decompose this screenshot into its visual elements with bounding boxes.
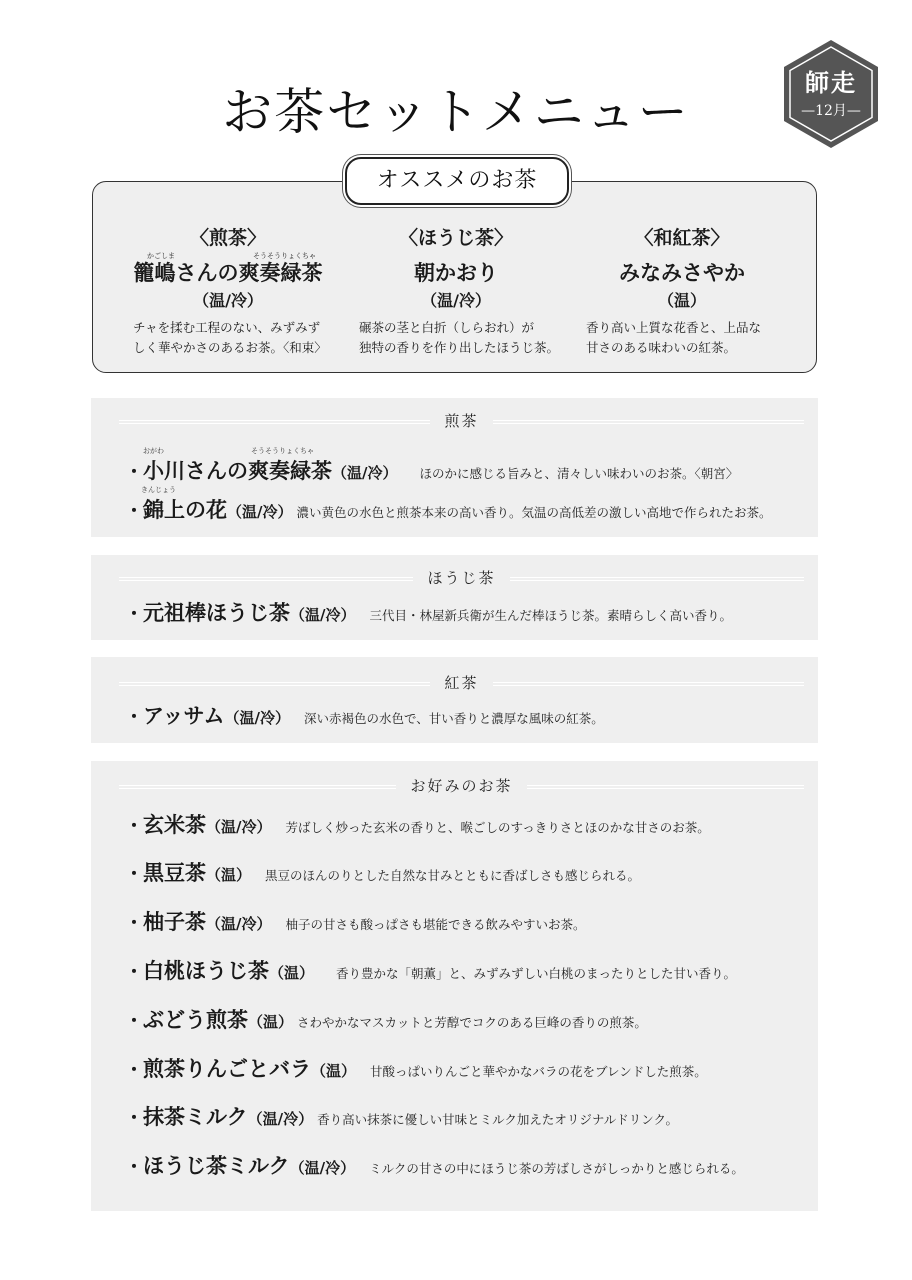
item-desc: 濃い黄色の水色と煎茶本来の高い香り。気温の高低差の激しい高地で作られたお茶。 xyxy=(296,505,771,520)
section-title: 煎茶 xyxy=(119,411,804,431)
badge-month-name: 師走 xyxy=(781,63,881,98)
bullet: ・ xyxy=(125,1157,143,1178)
bullet: ・ xyxy=(125,707,143,728)
menu-item: ・玄米茶（温/冷）芳ばしく炒った玄米の香りと、喉ごしのすっきりさとほのかな甘さの… xyxy=(125,809,710,839)
ruby-reading: そうそうりょくちゃ xyxy=(251,446,314,456)
item-name: 元祖棒ほうじ茶 xyxy=(143,600,290,625)
item-name: 錦上の花 xyxy=(143,497,227,522)
item-desc: 深い赤褐色の水色で、甘い香りと濃厚な風味の紅茶。 xyxy=(304,711,604,726)
item-temp: （温/冷） xyxy=(332,464,397,482)
section-heading: 煎茶 xyxy=(119,411,804,431)
bullet: ・ xyxy=(125,1011,143,1032)
menu-item: ・ほうじ茶ミルク（温/冷）ミルクの甘さの中にほうじ茶の芳ばしさがしっかりと感じら… xyxy=(125,1150,744,1180)
item-name: アッサム xyxy=(143,703,224,728)
item-desc: 甘酸っぱいりんごと華やかなバラの花をブレンドした煎茶。 xyxy=(370,1064,707,1079)
section-title: 紅茶 xyxy=(119,673,804,693)
section-title-text: 煎茶 xyxy=(430,412,492,430)
menu-item: ・抹茶ミルク（温/冷）香り高い抹茶に優しい甘味とミルク加えたオリジナルドリンク。 xyxy=(125,1101,678,1131)
item-temp: （温/冷） xyxy=(224,709,289,727)
bullet: ・ xyxy=(125,913,143,934)
recommend-category: 〈ほうじ茶〉 xyxy=(341,224,571,252)
item-temp: （温） xyxy=(311,1062,356,1080)
recommend-desc: チャを揉む工程のない、みずみず しく華やかさのあるお茶。〈和束〉 xyxy=(113,318,343,358)
recommend-name: 籠嶋さんの爽奏緑茶 xyxy=(113,260,343,286)
desc-line: 独特の香りを作り出したほうじ茶。 xyxy=(359,338,571,358)
item-temp: （温/冷） xyxy=(290,606,355,624)
menu-item: ・アッサム（温/冷）深い赤褐色の水色で、甘い香りと濃厚な風味の紅茶。 xyxy=(125,700,604,730)
item-name: 黒豆茶 xyxy=(143,860,206,885)
item-name: 煎茶りんごとバラ xyxy=(143,1056,311,1081)
recommend-name: みなみさやか xyxy=(567,260,797,286)
page-title: お茶セットメニュー xyxy=(0,72,912,144)
item-name: 柚子茶 xyxy=(143,909,206,934)
section-sencha: 煎茶 おがわ そうそうりょくちゃ ・小川さんの爽奏緑茶（温/冷）ほのかに感じる旨… xyxy=(91,398,818,537)
desc-line: 甘さのある味わいの紅茶。 xyxy=(586,338,797,358)
desc-line: チャを揉む工程のない、みずみず xyxy=(133,318,343,338)
item-temp: （温/冷） xyxy=(227,503,292,521)
item-desc: ミルクの甘さの中にほうじ茶の芳ばしさがしっかりと感じられる。 xyxy=(369,1161,744,1176)
item-name: ぶどう煎茶 xyxy=(143,1007,248,1032)
recommend-item-houjicha: 〈ほうじ茶〉 朝かおり （温/冷） 碾茶の茎と白折（しらおれ）が 独特の香りを作… xyxy=(341,224,571,358)
item-name: 白桃ほうじ茶 xyxy=(143,958,269,983)
section-okonomi: お好みのお茶 ・玄米茶（温/冷）芳ばしく炒った玄米の香りと、喉ごしのすっきりさと… xyxy=(91,761,818,1211)
bullet: ・ xyxy=(125,1108,143,1129)
menu-item: きんじょう ・錦上の花（温/冷）濃い黄色の水色と煎茶本来の高い香り。気温の高低差… xyxy=(125,494,772,524)
recommend-ruby: かごしま そうそうりょくちゃ xyxy=(113,252,343,260)
item-desc: 香り高い抹茶に優しい甘味とミルク加えたオリジナルドリンク。 xyxy=(317,1112,678,1127)
item-temp: （温） xyxy=(269,964,314,982)
menu-item: ・柚子茶（温/冷）柚子の甘さも酸っぱさも堪能できる飲みやすいお茶。 xyxy=(125,906,586,936)
item-desc: 三代目・林屋新兵衛が生んだ棒ほうじ茶。素晴らしく高い香り。 xyxy=(369,608,732,623)
section-title-text: 紅茶 xyxy=(430,674,492,692)
month-badge: 師走 —12月— xyxy=(781,38,881,150)
bullet: ・ xyxy=(125,1060,143,1081)
item-temp: （温） xyxy=(248,1013,293,1031)
menu-item: ・白桃ほうじ茶（温）香り豊かな「朝薫」と、みずみずしい白桃のまったりとした甘い香… xyxy=(125,955,736,985)
item-name: ほうじ茶ミルク xyxy=(143,1153,290,1178)
ruby-reading: きんじょう xyxy=(141,485,176,495)
item-temp: （温/冷） xyxy=(206,818,271,836)
recommend-temp: （温/冷） xyxy=(341,288,571,314)
recommend-category: 〈和紅茶〉 xyxy=(567,224,797,252)
desc-line: しく華やかさのあるお茶。〈和束〉 xyxy=(133,338,343,358)
desc-line: 香り高い上質な花香と、上品な xyxy=(586,318,797,338)
menu-item: ・ぶどう煎茶（温）さわやかなマスカットと芳醇でコクのある巨峰の香りの煎茶。 xyxy=(125,1004,647,1034)
item-temp: （温/冷） xyxy=(248,1110,313,1128)
item-desc: 香り豊かな「朝薫」と、みずみずしい白桃のまったりとした甘い香り。 xyxy=(336,966,736,981)
menu-item: ・黒豆茶（温）黒豆のほんのりとした自然な甘みとともに香ばしさも感じられる。 xyxy=(125,857,640,887)
item-desc: さわやかなマスカットと芳醇でコクのある巨峰の香りの煎茶。 xyxy=(297,1015,647,1030)
item-temp: （温） xyxy=(206,866,251,884)
badge-month-number: —12月— xyxy=(781,100,881,120)
recommend-ruby xyxy=(567,252,797,260)
bullet: ・ xyxy=(125,462,143,483)
recommend-desc: 碾茶の茎と白折（しらおれ）が 独特の香りを作り出したほうじ茶。 xyxy=(341,318,571,358)
section-title: お好みのお茶 xyxy=(119,776,804,796)
item-name: 抹茶ミルク xyxy=(143,1104,248,1129)
menu-item: ・煎茶りんごとバラ（温）甘酸っぱいりんごと華やかなバラの花をブレンドした煎茶。 xyxy=(125,1053,707,1083)
item-desc: 黒豆のほんのりとした自然な甘みとともに香ばしさも感じられる。 xyxy=(265,868,640,883)
bullet: ・ xyxy=(125,816,143,837)
recommend-heading: オススメのお茶 xyxy=(345,157,569,205)
item-name: 玄米茶 xyxy=(143,812,206,837)
item-desc: 柚子の甘さも酸っぱさも堪能できる飲みやすいお茶。 xyxy=(285,917,585,932)
section-title-text: ほうじ茶 xyxy=(413,569,509,587)
recommend-temp: （温） xyxy=(567,288,797,314)
section-heading: お好みのお茶 xyxy=(119,776,804,796)
desc-line: 碾茶の茎と白折（しらおれ）が xyxy=(359,318,571,338)
item-temp: （温/冷） xyxy=(290,1159,355,1177)
recommend-item-sencha: 〈煎茶〉 かごしま そうそうりょくちゃ 籠嶋さんの爽奏緑茶 （温/冷） チャを揉… xyxy=(113,224,343,358)
recommend-desc: 香り高い上質な花香と、上品な 甘さのある味わいの紅茶。 xyxy=(567,318,797,358)
item-desc: 芳ばしく炒った玄米の香りと、喉ごしのすっきりさとほのかな甘さのお茶。 xyxy=(285,820,709,835)
item-temp: （温/冷） xyxy=(206,915,271,933)
bullet: ・ xyxy=(125,864,143,885)
menu-item: ・元祖棒ほうじ茶（温/冷）三代目・林屋新兵衛が生んだ棒ほうじ茶。素晴らしく高い香… xyxy=(125,597,732,627)
section-koucha: 紅茶 ・アッサム（温/冷）深い赤褐色の水色で、甘い香りと濃厚な風味の紅茶。 xyxy=(91,657,818,743)
ruby-reading: おがわ xyxy=(143,446,164,456)
recommend-category: 〈煎茶〉 xyxy=(113,224,343,252)
bullet: ・ xyxy=(125,501,143,522)
recommend-name: 朝かおり xyxy=(341,260,571,286)
item-desc: ほのかに感じる旨みと、清々しい味わいのお茶。〈朝宮〉 xyxy=(419,466,738,481)
recommend-ruby xyxy=(341,252,571,260)
ruby-right: そうそうりょくちゃ xyxy=(253,252,316,260)
ruby-left: かごしま xyxy=(147,252,175,260)
section-houjicha: ほうじ茶 ・元祖棒ほうじ茶（温/冷）三代目・林屋新兵衛が生んだ棒ほうじ茶。素晴ら… xyxy=(91,555,818,640)
menu-item: おがわ そうそうりょくちゃ ・小川さんの爽奏緑茶（温/冷）ほのかに感じる旨みと、… xyxy=(125,455,738,485)
item-name: 小川さんの爽奏緑茶 xyxy=(143,458,332,483)
section-title: ほうじ茶 xyxy=(119,568,804,588)
recommend-temp: （温/冷） xyxy=(113,288,343,314)
section-title-text: お好みのお茶 xyxy=(396,777,526,795)
bullet: ・ xyxy=(125,604,143,625)
section-heading: ほうじ茶 xyxy=(119,568,804,588)
recommend-item-wakoucha: 〈和紅茶〉 みなみさやか （温） 香り高い上質な花香と、上品な 甘さのある味わい… xyxy=(567,224,797,358)
section-heading: 紅茶 xyxy=(119,673,804,693)
bullet: ・ xyxy=(125,962,143,983)
